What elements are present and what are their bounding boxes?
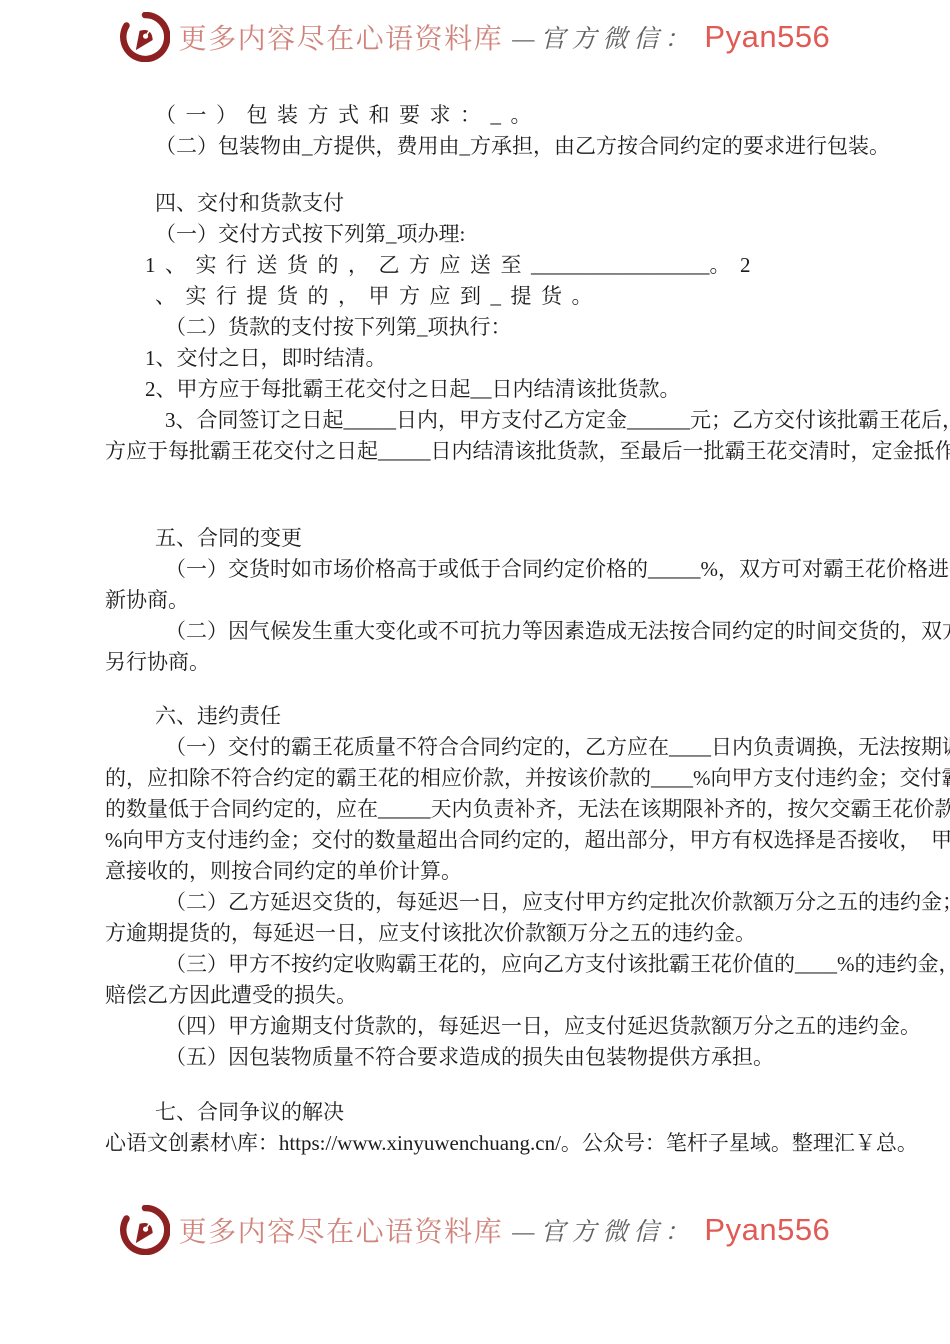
clause-quality-breach-continued-2: 的数量低于合同约定的，应在_____天内负责补齐，无法在该期限补齐的，按欠交霸王… — [105, 794, 895, 825]
banner-main-text: 更多内容尽在心语资料库 — [179, 17, 504, 57]
clause-packaging-provider: （二）包装物由_方提供，费用由_方承担，由乙方按合同约定的要求进行包装。 — [105, 131, 895, 162]
clause-quality-breach-continued-3: %向甲方支付违约金；交付的数量超出合同约定的，超出部分，甲方有权选择是否接收， … — [105, 825, 895, 856]
clause-delivery-option-1-pre: 1、实行送货的，乙方应送至 — [145, 253, 531, 277]
banner-main-text: 更多内容尽在心语资料库 — [179, 1210, 504, 1250]
clause-deposit: 3、合同签订之日起_____日内，甲方支付乙方定金______元；乙方交付该批霸… — [105, 405, 895, 436]
clause-delivery-method: （一）交付方式按下列第_项办理: — [105, 219, 895, 250]
clause-force-majeure-continued: 另行协商。 — [105, 647, 895, 678]
pen-nib-circle-logo-icon — [120, 12, 170, 62]
contract-body: （一）包装方式和要求：_。 （二）包装物由_方提供，费用由_方承担，由乙方按合同… — [105, 100, 895, 1159]
clause-pickup-option-2: 、实行提货的，甲方应到_提货。 — [105, 281, 895, 312]
banner-script-text: —官方微信： — [512, 1212, 695, 1248]
promo-banner-bottom: 更多内容尽在心语资料库—官方微信：Pyan556 — [0, 1205, 950, 1255]
document-page: 更多内容尽在心语资料库—官方微信：Pyan556 （一）包装方式和要求：_。 （… — [0, 0, 950, 1344]
clause-payment-method: （二）货款的支付按下列第_项执行： — [105, 312, 895, 343]
clause-quality-breach: （一）交付的霸王花质量不符合合同约定的，乙方应在____日内负责调换，无法按期调… — [105, 732, 895, 763]
clause-price-adjustment-continued: 新协商。 — [105, 585, 895, 616]
promo-banner-top: 更多内容尽在心语资料库—官方微信：Pyan556 — [0, 12, 950, 62]
section-heading-dispute-resolution: 七、合同争议的解决 — [105, 1097, 895, 1128]
clause-price-adjustment: （一）交货时如市场价格高于或低于合同约定价格的_____%，双方可对霸王花价格进… — [105, 554, 895, 585]
watermark-source-note: 心语文创素材\库：https://www.xinyuwenchuang.cn/。… — [105, 1128, 895, 1159]
clause-deposit-continued: 方应于每批霸王花交付之日起_____日内结清该批货款，至最后一批霸王花交清时，定… — [105, 436, 895, 467]
section-heading-contract-change: 五、合同的变更 — [105, 523, 895, 554]
section-heading-breach-liability: 六、违约责任 — [105, 701, 895, 732]
section-heading-delivery-payment: 四、交付和货款支付 — [105, 188, 895, 219]
clause-refusal-penalty: （三）甲方不按约定收购霸王花的，应向乙方支付该批霸王花价值的____%的违约金，… — [105, 949, 895, 980]
clause-packaging-method: （一）包装方式和要求：_。 — [105, 100, 895, 131]
pen-nib-circle-logo-icon — [120, 1205, 170, 1255]
clause-quality-breach-continued-4: 意接收的，则按合同约定的单价计算。 — [105, 856, 895, 887]
clause-late-payment-penalty: （四）甲方逾期支付货款的，每延迟一日，应支付延迟货款额万分之五的违约金。 — [105, 1011, 895, 1042]
clause-delivery-option-1: 1、实行送货的，乙方应送至_________________。2 — [105, 250, 895, 281]
clause-delivery-option-1-post: 。2 — [710, 253, 761, 277]
clause-payment-within-days: 2、甲方应于每批霸王花交付之日起__日内结清该批货款。 — [105, 374, 895, 405]
banner-wechat-id: Pyan556 — [704, 1212, 830, 1248]
clause-refusal-penalty-continued: 赔偿乙方因此遭受的损失。 — [105, 980, 895, 1011]
clause-payment-immediate: 1、交付之日，即时结清。 — [105, 343, 895, 374]
fill-in-blank-line: _________________ — [531, 253, 710, 277]
banner-wechat-id: Pyan556 — [704, 19, 830, 55]
clause-packaging-loss: （五）因包装物质量不符合要求造成的损失由包装物提供方承担。 — [105, 1042, 895, 1073]
clause-late-delivery-penalty-continued: 方逾期提货的，每延迟一日，应支付该批次价款额万分之五的违约金。 — [105, 918, 895, 949]
banner-script-text: —官方微信： — [512, 19, 695, 55]
clause-quality-breach-continued-1: 的，应扣除不符合约定的霸王花的相应价款，并按该价款的____%向甲方支付违约金；… — [105, 763, 895, 794]
clause-force-majeure: （二）因气候发生重大变化或不可抗力等因素造成无法按合同约定的时间交货的，双方可 — [105, 616, 895, 647]
clause-late-delivery-penalty: （二）乙方延迟交货的，每延迟一日，应支付甲方约定批次价款额万分之五的违约金；甲 — [105, 887, 895, 918]
